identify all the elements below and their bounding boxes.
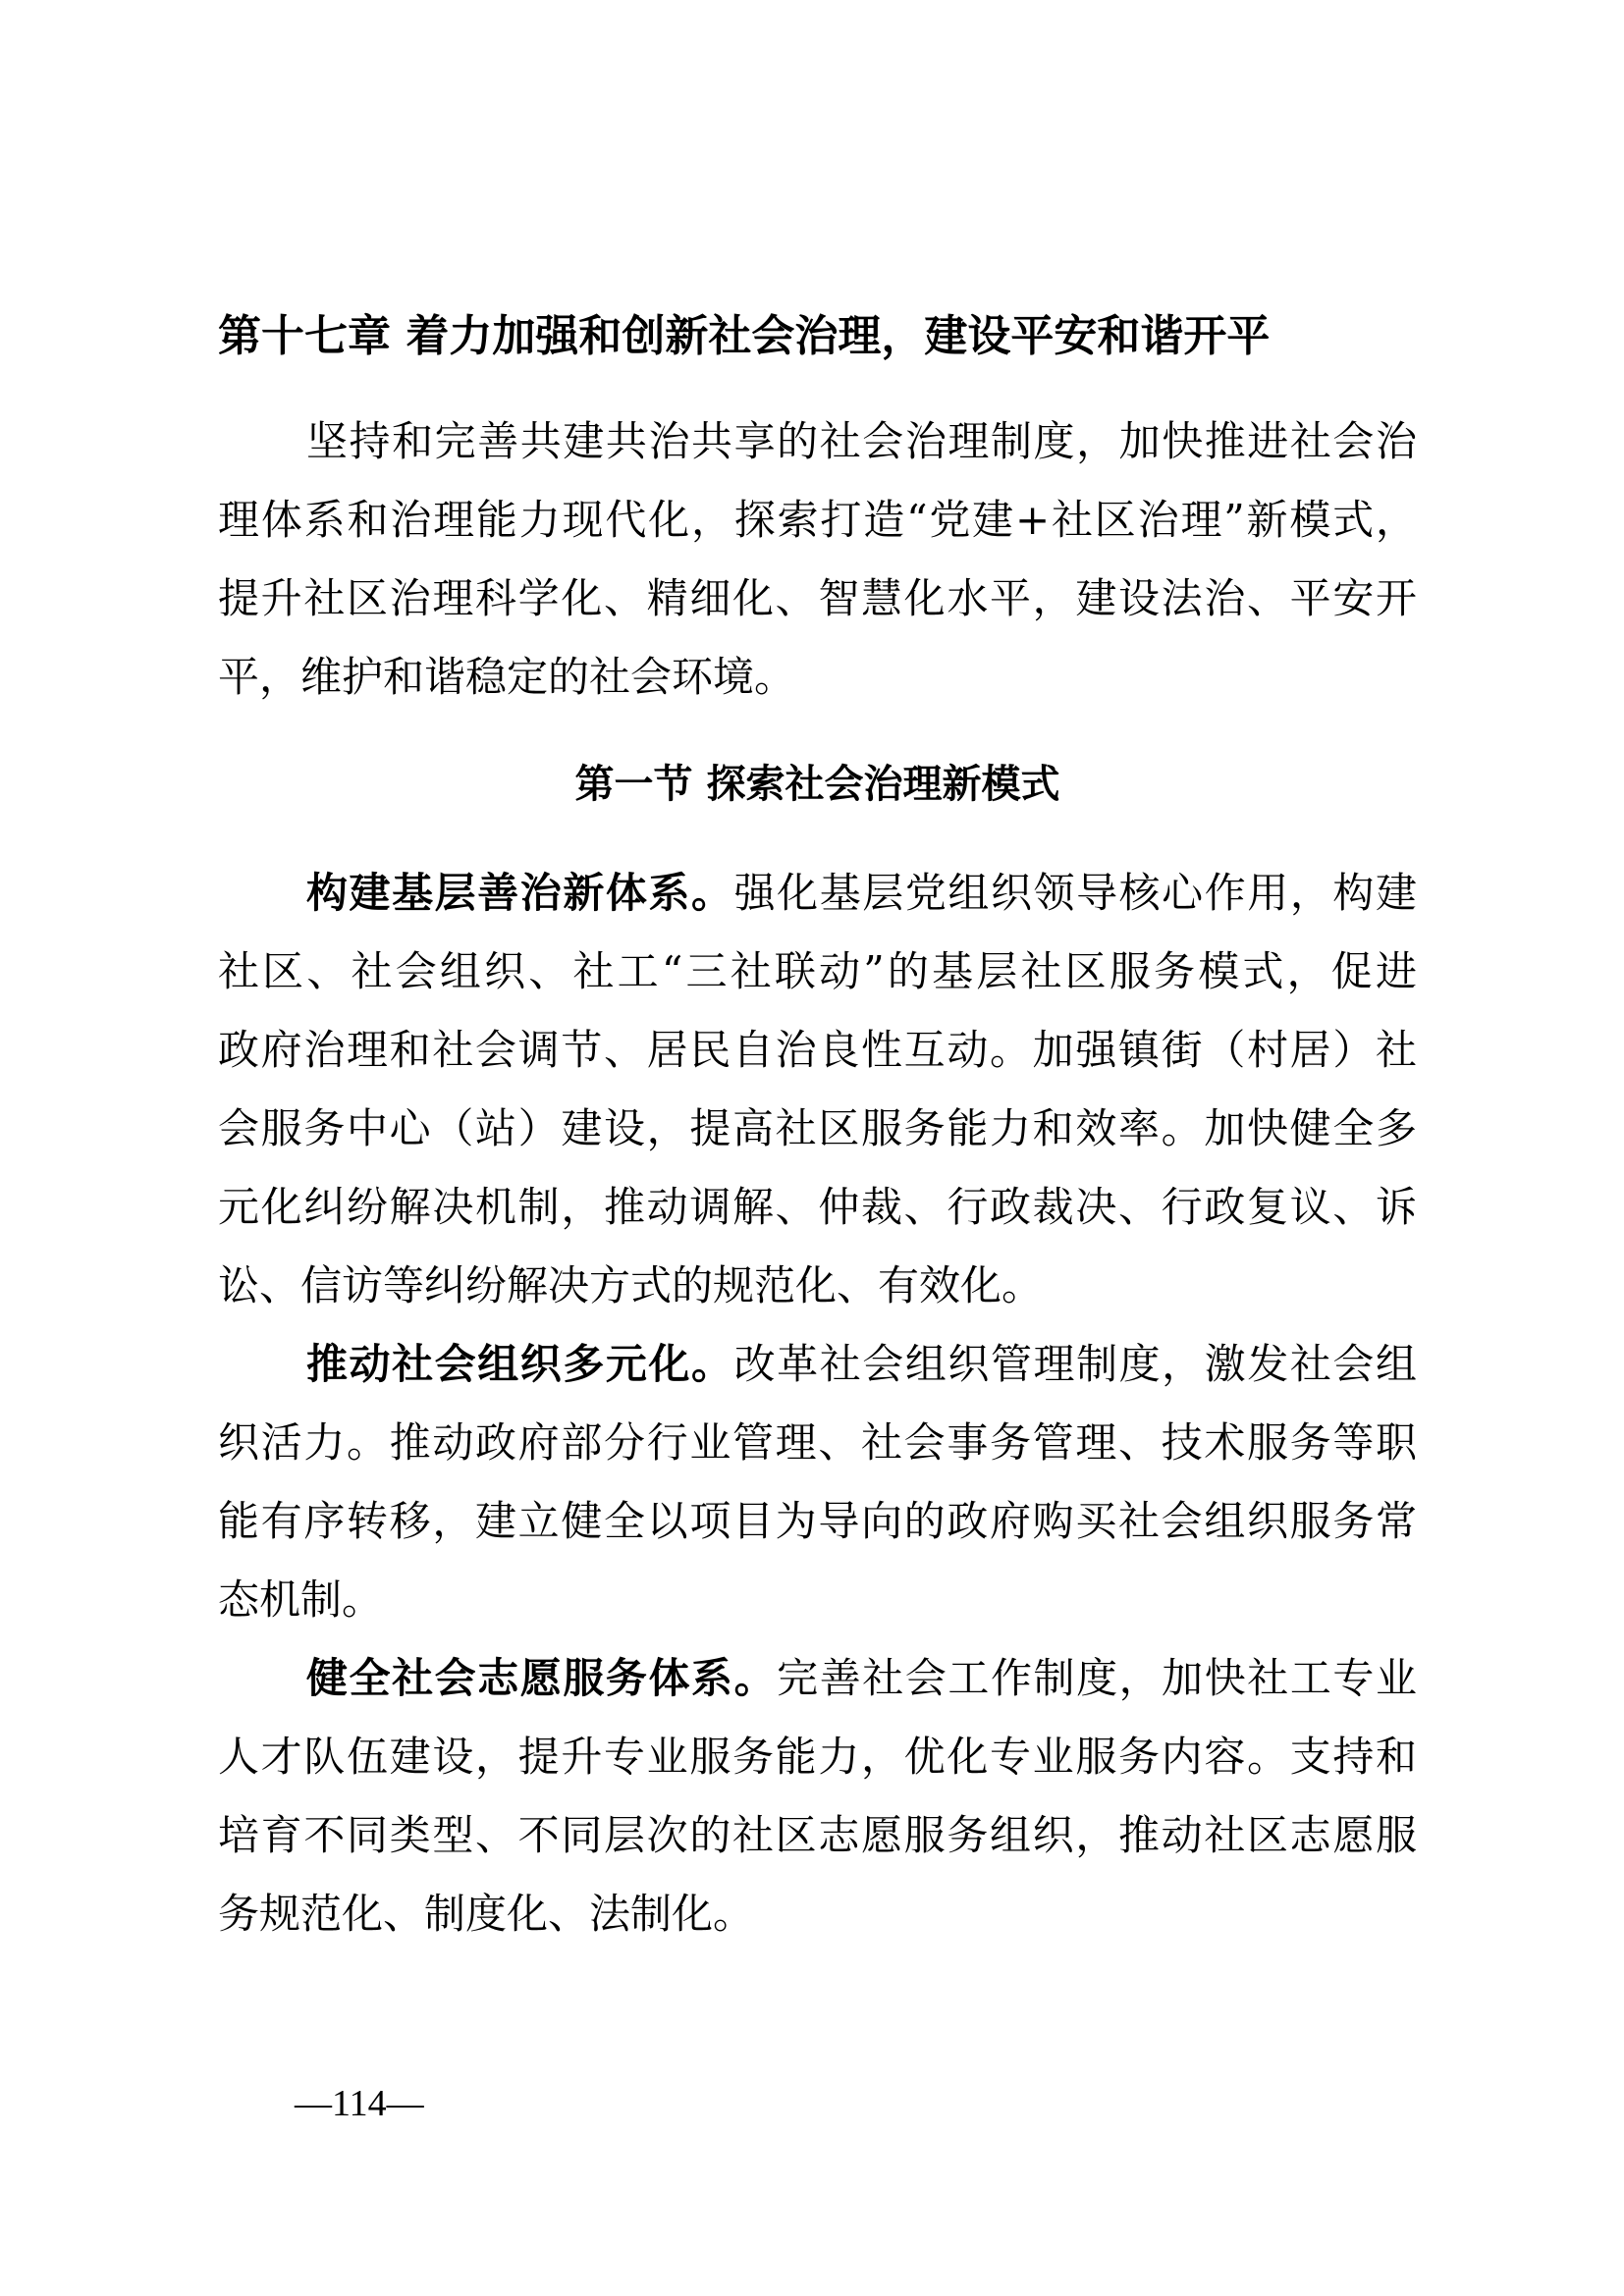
- page-number: —114—: [295, 2079, 424, 2128]
- paragraph-text: 完善社会工作制度，加快社工专业: [777, 1654, 1417, 1702]
- paragraph-line: 元化纠纷解决机制，推动调解、仲裁、行政裁决、行政复议、诉: [218, 1168, 1417, 1247]
- paragraph-line: 会服务中心（站）建设，提高社区服务能力和效率。加快健全多: [218, 1090, 1417, 1168]
- paragraph-volunteer-services: 健全社会志愿服务体系。完善社会工作制度，加快社工专业 人才队伍建设，提升专业服务…: [218, 1639, 1417, 1953]
- paragraph-line: 织活力。推动政府部分行业管理、社会事务管理、技术服务等职: [218, 1404, 1417, 1482]
- chapter-intro-paragraph: 坚持和完善共建共治共享的社会治理制度，加快推进社会治 理体系和治理能力现代化，探…: [218, 402, 1417, 717]
- chapter-title: 第十七章 着力加强和创新社会治理，建设平安和谐开平: [218, 312, 1426, 361]
- paragraph-line: 能有序转移，建立健全以项目为导向的政府购买社会组织服务常: [218, 1482, 1417, 1561]
- paragraph-line: 态机制。: [218, 1561, 1417, 1639]
- paragraph-line: 构建基层善治新体系。强化基层党组织领导核心作用，构建: [218, 854, 1417, 933]
- paragraph-line: 培育不同类型、不同层次的社区志愿服务组织，推动社区志愿服: [218, 1796, 1417, 1875]
- paragraph-line: 提升社区治理科学化、精细化、智慧化水平，建设法治、平安开: [218, 560, 1417, 638]
- paragraph-line: 健全社会志愿服务体系。完善社会工作制度，加快社工专业: [218, 1639, 1417, 1718]
- paragraph-lead-heading: 推动社会组织多元化。: [306, 1340, 734, 1388]
- paragraph-text: 改革社会组织管理制度，激发社会组: [734, 1340, 1417, 1388]
- paragraph-line: 理体系和治理能力现代化，探索打造“党建+社区治理”新模式，: [218, 481, 1417, 560]
- paragraph-grassroots-governance: 构建基层善治新体系。强化基层党组织领导核心作用，构建 社区、社会组织、社工“三社…: [218, 854, 1417, 1325]
- paragraph-lead-heading: 构建基层善治新体系。: [306, 869, 734, 917]
- section-title: 第一节 探索社会治理新模式: [218, 760, 1417, 809]
- paragraph-line: 社区、社会组织、社工“三社联动”的基层社区服务模式，促进: [218, 933, 1417, 1011]
- paragraph-line: 讼、信访等纠纷解决方式的规范化、有效化。: [218, 1247, 1417, 1325]
- paragraph-line: 务规范化、制度化、法制化。: [218, 1875, 1417, 1953]
- paragraph-line: 政府治理和社会调节、居民自治良性互动。加强镇街（村居）社: [218, 1011, 1417, 1090]
- paragraph-line: 平，维护和谐稳定的社会环境。: [218, 638, 1417, 717]
- paragraph-line: 坚持和完善共建共治共享的社会治理制度，加快推进社会治: [218, 402, 1417, 481]
- document-page: 第十七章 着力加强和创新社会治理，建设平安和谐开平 坚持和完善共建共治共享的社会…: [0, 0, 1624, 2296]
- paragraph-line: 人才队伍建设，提升专业服务能力，优化专业服务内容。支持和: [218, 1718, 1417, 1796]
- paragraph-lead-heading: 健全社会志愿服务体系。: [306, 1654, 777, 1702]
- paragraph-social-organizations: 推动社会组织多元化。改革社会组织管理制度，激发社会组 织活力。推动政府部分行业管…: [218, 1325, 1417, 1639]
- paragraph-line: 推动社会组织多元化。改革社会组织管理制度，激发社会组: [218, 1325, 1417, 1404]
- paragraph-text: 强化基层党组织领导核心作用，构建: [734, 869, 1417, 917]
